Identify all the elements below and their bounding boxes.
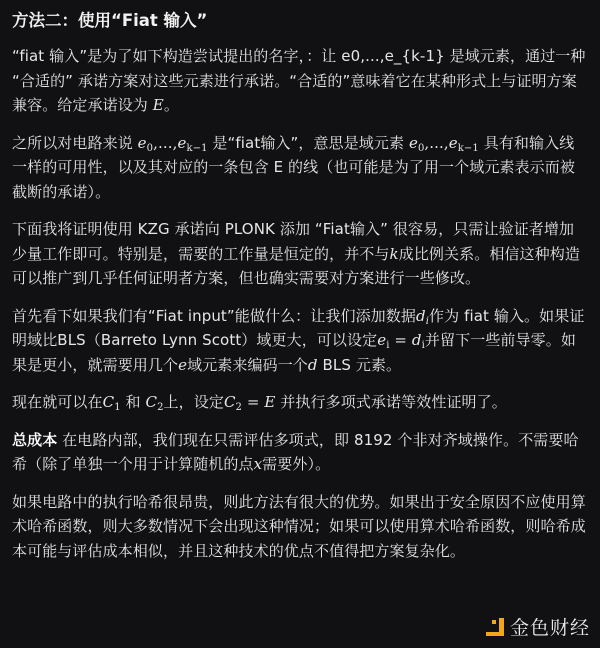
- math-C2: C2: [146, 393, 164, 411]
- math-C2-equals-E: C2 = E: [224, 393, 276, 411]
- article-body: 方法二：使用“Fiat 输入” “fiat 输入”是为了如下构造尝试提出的名字，…: [0, 0, 600, 563]
- math-E: E: [153, 96, 164, 114]
- paragraph-circuit-inputs: 之所以对电路来说 e0,...,ek−1 是“fiat输入”，意思是域元素 e0…: [12, 131, 588, 205]
- paragraph-fiat-input-usage: 首先看下如果我们有“Fiat input”能做什么：让我们添加数据di作为 fi…: [12, 304, 588, 378]
- paragraph-fiat-definition: “fiat 输入”是为了如下构造尝试提出的名字，：让 e0,...,e_{k-1…: [12, 44, 588, 118]
- section-heading: 方法二：使用“Fiat 输入”: [12, 8, 588, 34]
- math-e: e: [178, 356, 187, 374]
- paragraph-commitment-equivalence: 现在就可以在C1 和 C2上，设定C2 = E 并执行多项式承诺等效性证明了。: [12, 390, 588, 415]
- paragraph-total-cost: 总成本 在电路内部，我们现在只需评估多项式，即 8192 个非对齐域操作。不需要…: [12, 428, 588, 477]
- paragraph-kzg-plonk: 下面我将证明使用 KZG 承诺向 PLONK 添加 “Fiat输入” 很容易，只…: [12, 217, 588, 291]
- watermark: 金色财经: [486, 613, 590, 640]
- jinse-logo-icon: [486, 618, 504, 636]
- math-d: d: [308, 356, 318, 374]
- math-e-range: e0,...,ek−1: [138, 134, 208, 152]
- paragraph-hash-advantage: 如果电路中的执行哈希很昂贵，则此方法有很大的优势。如果出于安全原因不应使用算术哈…: [12, 490, 588, 564]
- math-e-range: e0,...,ek−1: [409, 134, 479, 152]
- total-cost-label: 总成本: [12, 431, 57, 449]
- math-C1: C1: [103, 393, 121, 411]
- math-k: k: [390, 245, 399, 263]
- math-ei-equals-di: ei = di: [377, 331, 425, 349]
- watermark-text: 金色财经: [510, 613, 590, 640]
- math-d-i: di: [416, 307, 429, 325]
- math-x: x: [254, 455, 263, 473]
